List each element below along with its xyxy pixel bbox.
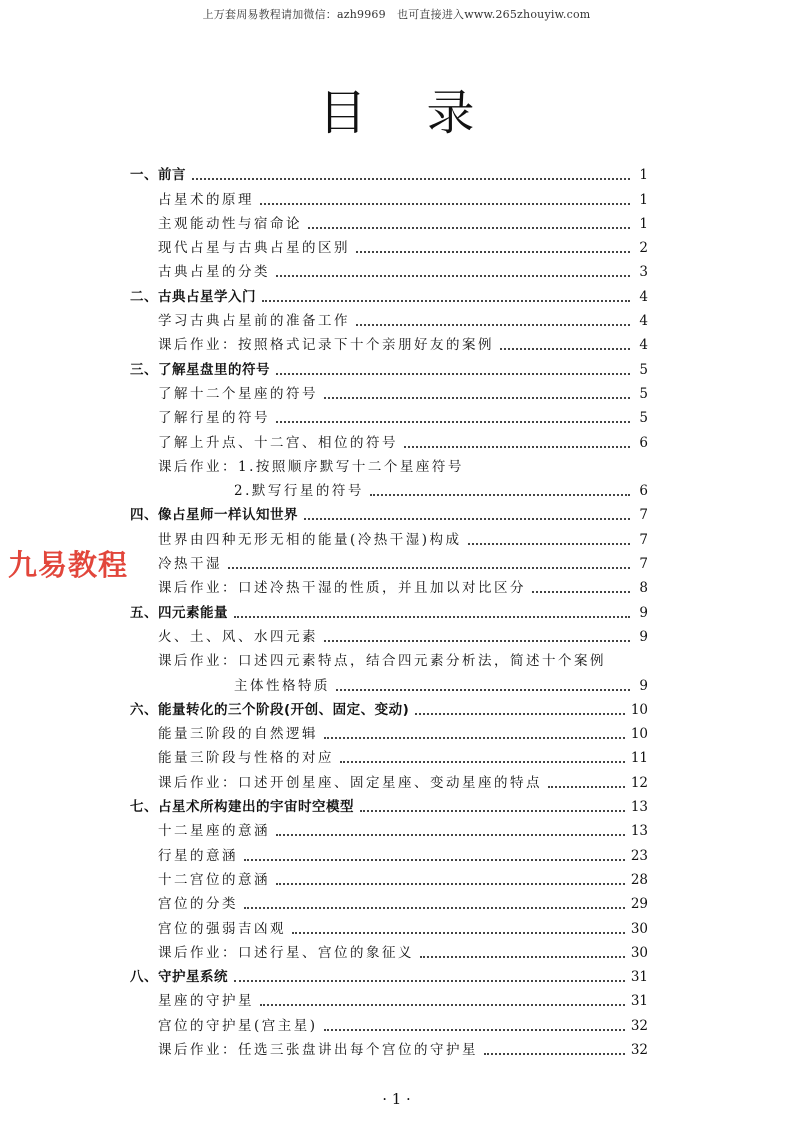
dot-leader [304,517,630,520]
toc-entry: 占星术的原理1 [130,184,648,208]
dot-leader [404,445,630,448]
toc-entry-page: 1 [636,166,648,184]
toc-entry-page: 5 [636,361,648,379]
toc-entry: 课后作业：任选三张盘讲出每个宫位的守护星32 [130,1035,648,1059]
toc-entry-label: 课后作业：口述四元素特点，结合四元素分析法，简述十个案例 [158,652,606,670]
toc-entry-page: 32 [631,1017,648,1035]
dot-leader [324,639,630,642]
toc-entry-page: 4 [636,288,648,306]
toc-entry-label: 课后作业：口述行星、宫位的象征义 [158,944,414,962]
toc-entry-page: 1 [636,215,648,233]
toc-entry-label: 学习古典占星前的准备工作 [158,312,350,330]
toc-entry-page: 2 [636,239,648,257]
watermark-logo: 九易教程 [8,543,128,584]
toc-entry-page: 30 [631,944,648,962]
toc-entry: 课后作业：口述四元素特点，结合四元素分析法，简述十个案例 [130,646,648,670]
toc-entry-label: 能量三阶段与性格的对应 [158,749,334,767]
toc-entry-label: 宫位的守护星(宫主星) [158,1017,318,1035]
toc-entry-label: 了解行星的符号 [158,409,270,427]
dot-leader [370,493,630,496]
dot-leader [415,712,624,715]
dot-leader [356,323,630,326]
toc-entry-label: 主观能动性与宿命论 [158,215,302,233]
title-char-1: 目 [318,74,366,143]
dot-leader [276,420,630,423]
toc-entry: 世界由四种无形无相的能量(冷热干湿)构成7 [130,524,648,548]
dot-leader [244,858,625,861]
dot-leader [336,688,630,691]
toc-entry: 冷热干湿7 [130,549,648,573]
dot-leader [262,299,630,302]
toc-entry: 星座的守护星31 [130,986,648,1010]
toc-entry: 宫位的强弱吉凶观30 [130,913,648,937]
dot-leader [340,760,625,763]
toc-entry-page: 31 [631,992,648,1010]
toc-entry-page: 8 [636,579,648,597]
toc-chapter-entry: 五、四元素能量9 [130,597,648,621]
dot-leader [308,226,630,229]
toc-entry-page: 23 [631,847,648,865]
toc-entry-label: 世界由四种无形无相的能量(冷热干湿)构成 [158,531,462,549]
toc-entry-page: 12 [631,774,648,792]
toc-entry: 行星的意涵23 [130,840,648,864]
toc-entry-page: 10 [631,725,648,743]
toc-entry-label: 冷热干湿 [158,555,222,573]
dot-leader [228,566,630,569]
toc-entry-page: 5 [636,409,648,427]
dot-leader [360,809,625,812]
toc-entry: 课后作业：1.按照顺序默写十二个星座符号 [130,452,648,476]
toc-entry-page: 31 [631,968,648,986]
toc-entry-page: 32 [631,1041,648,1059]
dot-leader [324,396,630,399]
toc-entry-page: 7 [636,531,648,549]
toc-chapter-entry: 二、古典占星学入门4 [130,281,648,305]
dot-leader [234,615,630,618]
toc-chapter-entry: 七、占星术所构建出的宇宙时空模型13 [130,792,648,816]
toc-entry-label: 课后作业：任选三张盘讲出每个宫位的守护星 [158,1041,478,1059]
toc-entry: 宫位的分类29 [130,889,648,913]
dot-leader [276,882,625,885]
dot-leader [276,274,630,277]
dot-leader [192,177,630,180]
dot-leader [324,1028,625,1031]
toc-entry-label: 了解上升点、十二宫、相位的符号 [158,434,398,452]
toc-entry: 主观能动性与宿命论1 [130,209,648,233]
dot-leader [484,1052,625,1055]
toc-chapter-entry: 六、能量转化的三个阶段(开创、固定、变动)10 [130,695,648,719]
toc-entry-page: 4 [636,312,648,330]
toc-entry: 课后作业：按照格式记录下十个亲朋好友的案例4 [130,330,648,354]
toc-entry-label: 七、占星术所构建出的宇宙时空模型 [130,798,354,816]
toc-entry-label: 二、古典占星学入门 [130,288,256,306]
title-char-2: 录 [427,74,475,143]
toc-entry: 2.默写行星的符号6 [130,476,648,500]
toc-entry-page: 7 [636,555,648,573]
page-title: 目录 [0,74,793,143]
toc-entry-label: 星座的守护星 [158,992,254,1010]
toc-entry-label: 课后作业：口述冷热干湿的性质，并且加以对比区分 [158,579,526,597]
toc-entry-page: 7 [636,506,648,524]
dot-leader [276,372,630,375]
toc-entry-label: 了解十二个星座的符号 [158,385,318,403]
toc-entry-label: 课后作业：口述开创星座、固定星座、变动星座的特点 [158,774,542,792]
page-number: · 1 · [0,1090,793,1108]
toc-entry-label: 五、四元素能量 [130,604,228,622]
toc-entry: 了解行星的符号5 [130,403,648,427]
toc-entry-page: 4 [636,336,648,354]
dot-leader [260,1003,625,1006]
toc-entry-label: 占星术的原理 [158,191,254,209]
toc-entry-page: 5 [636,385,648,403]
header-banner: 上万套周易教程请加微信：azh9969 也可直接进入www.265zhouyiw… [0,6,793,22]
toc-entry-label: 现代占星与古典占星的区别 [158,239,350,257]
dot-leader [244,906,625,909]
toc-entry-label: 三、了解星盘里的符号 [130,361,270,379]
toc-entry-label: 古典占星的分类 [158,263,270,281]
toc-chapter-entry: 八、守护星系统31 [130,962,648,986]
toc-entry-label: 主体性格特质 [234,677,330,695]
dot-leader [468,542,630,545]
toc-entry-page: 28 [631,871,648,889]
dot-leader [292,931,625,934]
toc-entry-page: 11 [631,749,648,767]
toc-entry-page: 9 [636,628,648,646]
toc-entry-page: 9 [636,604,648,622]
toc-entry-label: 八、守护星系统 [130,968,228,986]
dot-leader [260,202,630,205]
toc-entry-label: 课后作业：1.按照顺序默写十二个星座符号 [158,458,464,476]
toc-entry-page: 1 [636,191,648,209]
dot-leader [548,785,625,788]
toc-entry-page: 9 [636,677,648,695]
toc-entry-page: 29 [631,895,648,913]
toc-entry-label: 2.默写行星的符号 [234,482,364,500]
toc-entry: 课后作业：口述开创星座、固定星座、变动星座的特点12 [130,767,648,791]
toc-entry-label: 四、像占星师一样认知世界 [130,506,298,524]
toc-entry: 能量三阶段与性格的对应11 [130,743,648,767]
toc-entry-page: 6 [636,434,648,452]
dot-leader [420,955,625,958]
toc-entry-label: 能量三阶段的自然逻辑 [158,725,318,743]
dot-leader [234,979,625,982]
toc-entry: 了解上升点、十二宫、相位的符号6 [130,427,648,451]
dot-leader [500,347,630,350]
toc-entry-page: 10 [631,701,648,719]
toc-entry: 宫位的守护星(宫主星)32 [130,1010,648,1034]
toc-entry-label: 行星的意涵 [158,847,238,865]
toc-entry-page: 13 [631,822,648,840]
toc-entry: 火、土、风、水四元素9 [130,622,648,646]
toc-entry: 能量三阶段的自然逻辑10 [130,719,648,743]
toc-entry: 古典占星的分类3 [130,257,648,281]
toc-entry-page: 3 [636,263,648,281]
toc-entry-label: 一、前言 [130,166,186,184]
toc-entry: 课后作业：口述冷热干湿的性质，并且加以对比区分8 [130,573,648,597]
toc-entry-page: 30 [631,920,648,938]
toc-entry-label: 六、能量转化的三个阶段(开创、固定、变动) [130,701,409,719]
toc-chapter-entry: 四、像占星师一样认知世界7 [130,500,648,524]
dot-leader [356,250,630,253]
toc-entry: 十二宫位的意涵28 [130,865,648,889]
toc-entry: 主体性格特质9 [130,670,648,694]
toc-entry-label: 十二宫位的意涵 [158,871,270,889]
toc-entry: 十二星座的意涵13 [130,816,648,840]
toc-entry: 现代占星与古典占星的区别2 [130,233,648,257]
toc-entry-label: 宫位的分类 [158,895,238,913]
toc-entry-label: 课后作业：按照格式记录下十个亲朋好友的案例 [158,336,494,354]
toc-entry-page: 6 [636,482,648,500]
toc-chapter-entry: 一、前言1 [130,160,648,184]
toc-chapter-entry: 三、了解星盘里的符号5 [130,354,648,378]
toc-entry-label: 十二星座的意涵 [158,822,270,840]
dot-leader [276,833,625,836]
table-of-contents: 一、前言1占星术的原理1主观能动性与宿命论1现代占星与古典占星的区别2古典占星的… [130,160,648,1059]
dot-leader [324,736,625,739]
toc-entry-label: 火、土、风、水四元素 [158,628,318,646]
toc-entry: 学习古典占星前的准备工作4 [130,306,648,330]
toc-entry: 课后作业：口述行星、宫位的象征义30 [130,938,648,962]
dot-leader [532,590,630,593]
toc-entry: 了解十二个星座的符号5 [130,379,648,403]
toc-entry-page: 13 [631,798,648,816]
toc-entry-label: 宫位的强弱吉凶观 [158,920,286,938]
